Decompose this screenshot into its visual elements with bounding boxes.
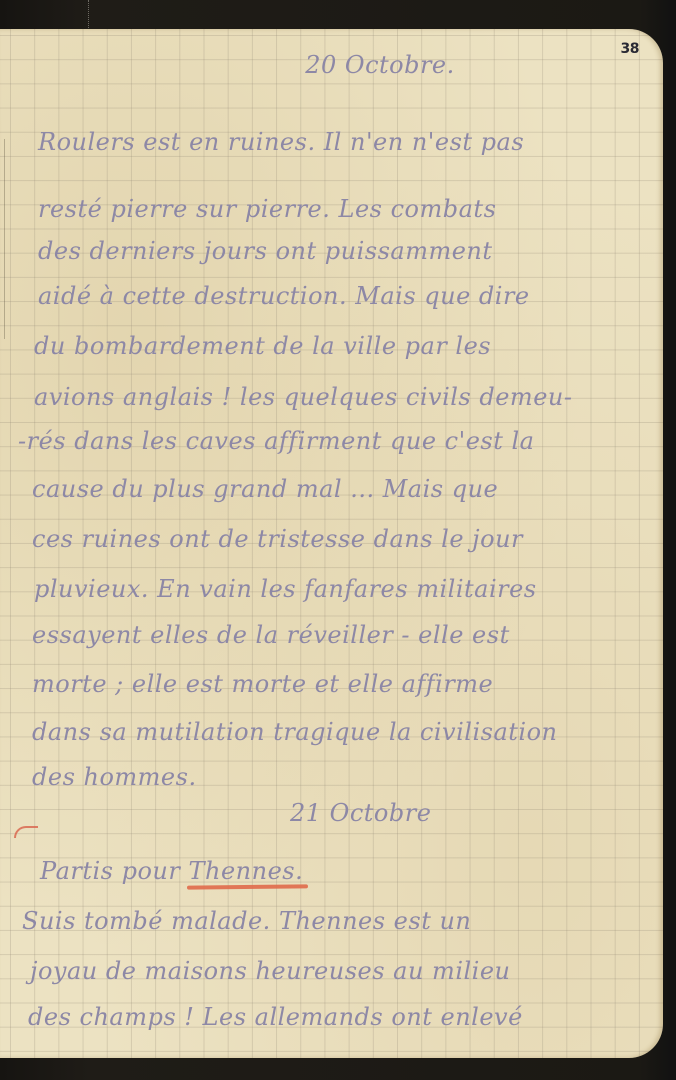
text-line: Suis tombé malade. Thennes est un [22, 901, 471, 941]
text-line: dans sa mutilation tragique la civilisat… [32, 712, 558, 752]
text-line: joyau de maisons heureuses au milieu [30, 951, 511, 991]
text-line: aidé à cette destruction. Mais que dire [38, 276, 530, 316]
text-line: ces ruines ont de tristesse dans le jour [32, 519, 523, 559]
text-line: pluvieux. En vain les fanfares militaire… [34, 569, 537, 609]
text-line: du bombardement de la ville par les [34, 326, 491, 366]
text-line: resté pierre sur pierre. Les combats [38, 189, 496, 229]
red-underlined-place-name: Thennes. [189, 851, 304, 891]
margin-line [4, 139, 5, 339]
text-line: avions anglais ! les quelques civils dem… [34, 377, 572, 417]
entry-date-heading: 20 Octobre. [300, 51, 460, 79]
binding-stitch [88, 0, 93, 30]
text-segment: Partis pour [40, 857, 189, 885]
text-line: morte ; elle est morte et elle affirme [32, 664, 493, 704]
text-line: des hommes. [32, 757, 197, 797]
text-line: des derniers jours ont puissamment [38, 231, 493, 271]
text-line: cause du plus grand mal ... Mais que [32, 469, 498, 509]
text-line: essayent elles de la réveiller - elle es… [32, 615, 510, 655]
scanned-notebook-page: 38 20 Octobre. Roulers est en ruines. Il… [0, 0, 676, 1080]
text-line: des champs ! Les allemands ont enlevé [28, 997, 523, 1037]
entry-date-heading: 21 Octobre [290, 799, 410, 827]
text-line: -rés dans les caves affirment que c'est … [18, 421, 534, 461]
red-margin-mark [14, 826, 38, 838]
page-number: 38 [621, 41, 639, 57]
text-line: Partis pour Thennes. [40, 851, 303, 891]
text-line: Roulers est en ruines. Il n'en n'est pas [38, 122, 524, 162]
notebook-page: 38 20 Octobre. Roulers est en ruines. Il… [0, 29, 663, 1058]
